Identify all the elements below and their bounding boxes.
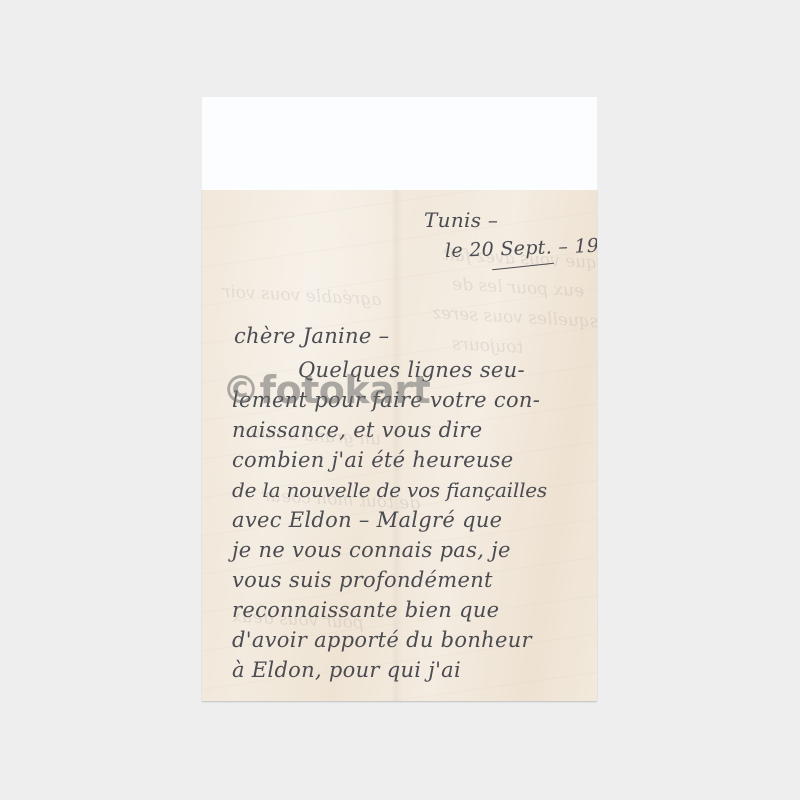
- letter-line: Quelques lignes seu-: [298, 358, 525, 382]
- image-viewer: mes que vous avez fait eux pour les de a…: [0, 0, 800, 800]
- letter-line: d'avoir apporté du bonheur: [232, 628, 532, 652]
- letter-line: combien j'ai été heureuse: [232, 448, 513, 472]
- letter-line: lement pour faire votre con-: [232, 388, 540, 412]
- ghost-line: toujours: [452, 334, 524, 358]
- letter-line: vous suis profondément: [232, 568, 493, 592]
- ghost-line: eux pour les de: [452, 275, 585, 302]
- letter-salutation: chère Janine –: [234, 324, 389, 348]
- ghost-line: agréable vous voir: [222, 282, 382, 310]
- letter-paper: mes que vous avez fait eux pour les de a…: [202, 190, 597, 701]
- letter-line: je ne vous connais pas, je: [232, 538, 511, 562]
- ghost-line: lesquelles vous serez: [432, 303, 597, 332]
- letter-line: reconnaissante bien que: [232, 598, 499, 622]
- scanned-letter: mes que vous avez fait eux pour les de a…: [202, 97, 597, 702]
- date-underline: [492, 263, 554, 270]
- letter-date: le 20 Sept. – 1945: [445, 234, 597, 262]
- letter-place: Tunis –: [424, 208, 498, 232]
- letter-line: de la nouvelle de vos fiançailles: [232, 478, 547, 502]
- show-through-text: mes que vous avez fait eux pour les de a…: [202, 190, 597, 701]
- letter-line: avec Eldon – Malgré que: [232, 508, 502, 532]
- letter-line: naissance, et vous dire: [232, 418, 482, 442]
- letter-line: à Eldon, pour qui j'ai: [232, 658, 461, 682]
